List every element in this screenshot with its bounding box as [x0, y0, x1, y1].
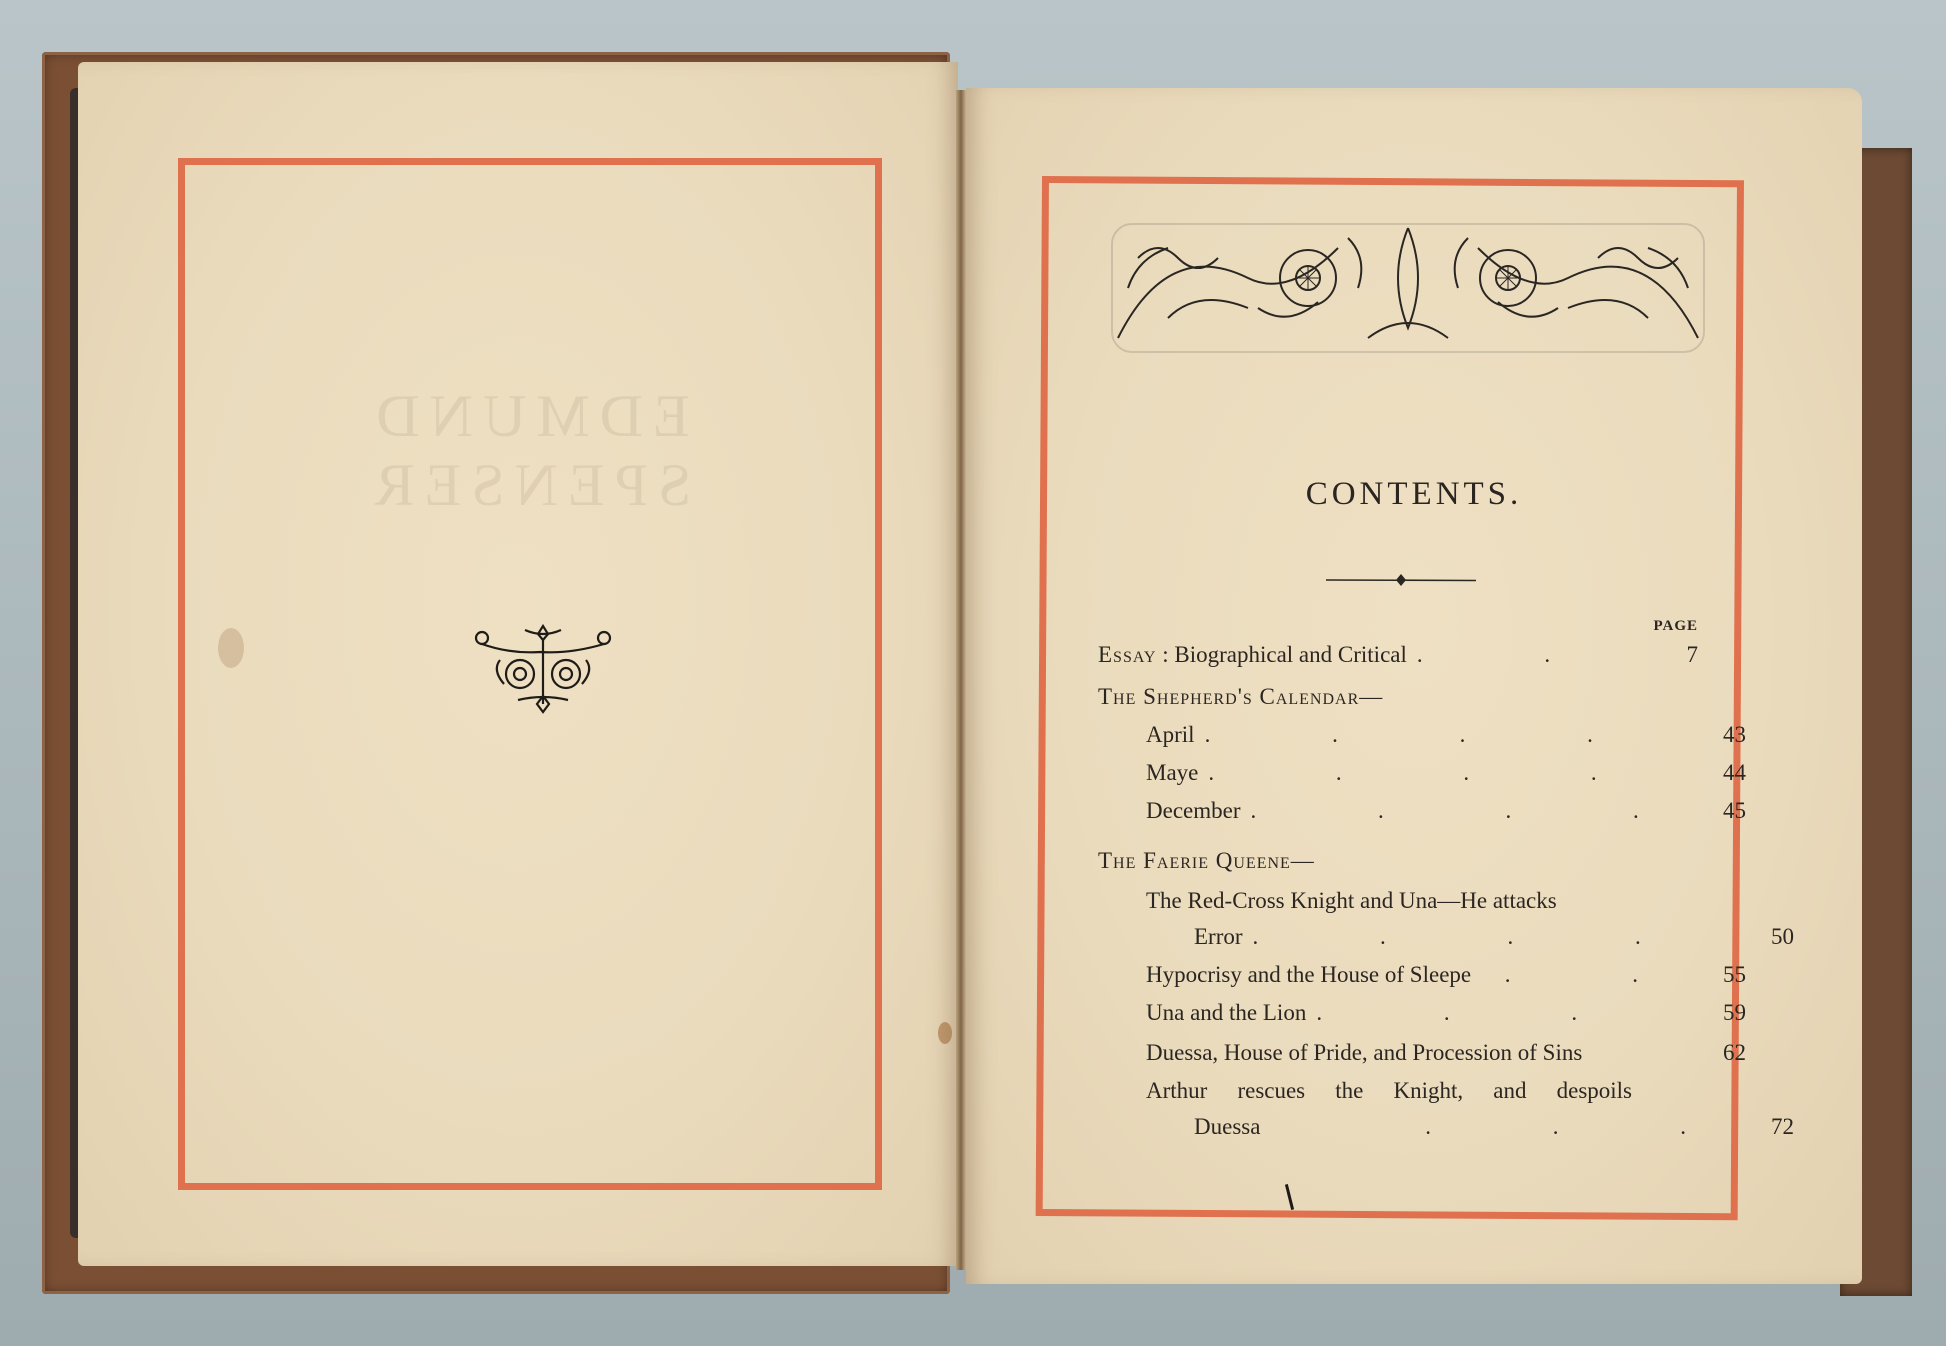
- toc-entry[interactable]: Hypocrisy and the House of Sleepe . . 55: [1098, 962, 1746, 996]
- entry-page: 44: [1706, 760, 1746, 786]
- toc-section[interactable]: The Shepherd's Calendar—: [1098, 684, 1698, 718]
- entry-label: The Red-Cross Knight and Una—He attacks: [1146, 888, 1557, 914]
- vignette-ornament-icon: [470, 624, 616, 714]
- entry-label: Duessa: [1194, 1114, 1260, 1140]
- section-label: The Shepherd's Calendar—: [1098, 684, 1383, 710]
- toc-entry[interactable]: Una and the Lion . . . . 59: [1098, 1000, 1746, 1034]
- entry-page: 62: [1706, 1040, 1746, 1066]
- stain: [938, 1022, 952, 1044]
- right-page: CONTENTS. PAGE Essay : Biographical and …: [966, 88, 1862, 1284]
- toc-entry[interactable]: The Red-Cross Knight and Una—He attacks: [1098, 888, 1746, 922]
- entry-page: 55: [1706, 962, 1746, 988]
- toc-section[interactable]: The Faerie Queene—: [1098, 848, 1698, 882]
- stain: [218, 628, 244, 668]
- section-label: The Faerie Queene—: [1098, 848, 1315, 874]
- entry-page: 59: [1706, 1000, 1746, 1026]
- entry-label: Error: [1194, 924, 1243, 950]
- toc-entry[interactable]: Duessa . . . 72: [1098, 1114, 1794, 1148]
- entry-page: 45: [1706, 798, 1746, 824]
- entry-prefix: Essay: [1098, 642, 1157, 667]
- toc-entry[interactable]: April . . . . . . 43: [1098, 722, 1746, 756]
- entry-label: Maye: [1146, 760, 1198, 786]
- toc-entry[interactable]: December . . . . . 45: [1098, 798, 1746, 832]
- show-through-title: EDMUND SPENSER: [208, 382, 848, 520]
- toc-entry[interactable]: Error . . . . . 50: [1098, 924, 1794, 958]
- page-column-header: PAGE: [1653, 618, 1698, 635]
- diamond-rule-icon: [1326, 574, 1476, 586]
- left-page: EDMUND SPENSER: [78, 62, 958, 1266]
- contents-title: CONTENTS.: [966, 476, 1862, 513]
- entry-page: 50: [1754, 924, 1794, 950]
- toc-entry[interactable]: Essay : Biographical and Critical . . . …: [1098, 642, 1698, 676]
- entry-label: Duessa, House of Pride, and Procession o…: [1146, 1040, 1582, 1066]
- entry-page: 72: [1754, 1114, 1794, 1140]
- entry-label: Una and the Lion: [1146, 1000, 1306, 1026]
- floral-headpiece-icon: [1108, 218, 1708, 358]
- toc-entry[interactable]: Arthur rescues the Knight, and despoils: [1098, 1078, 1746, 1112]
- toc-entry[interactable]: Maye . . . . . . 44: [1098, 760, 1746, 794]
- entry-label: Arthur rescues the Knight, and despoils: [1146, 1078, 1632, 1104]
- entry-page: 7: [1658, 642, 1698, 668]
- book-gutter: [956, 90, 966, 1270]
- entry-page: 43: [1706, 722, 1746, 748]
- entry-label: April: [1146, 722, 1195, 748]
- entry-label: Hypocrisy and the House of Sleepe: [1146, 962, 1471, 988]
- toc-entry[interactable]: Duessa, House of Pride, and Procession o…: [1098, 1040, 1746, 1074]
- entry-label: : Biographical and Critical: [1157, 642, 1407, 667]
- entry-label: December: [1146, 798, 1241, 824]
